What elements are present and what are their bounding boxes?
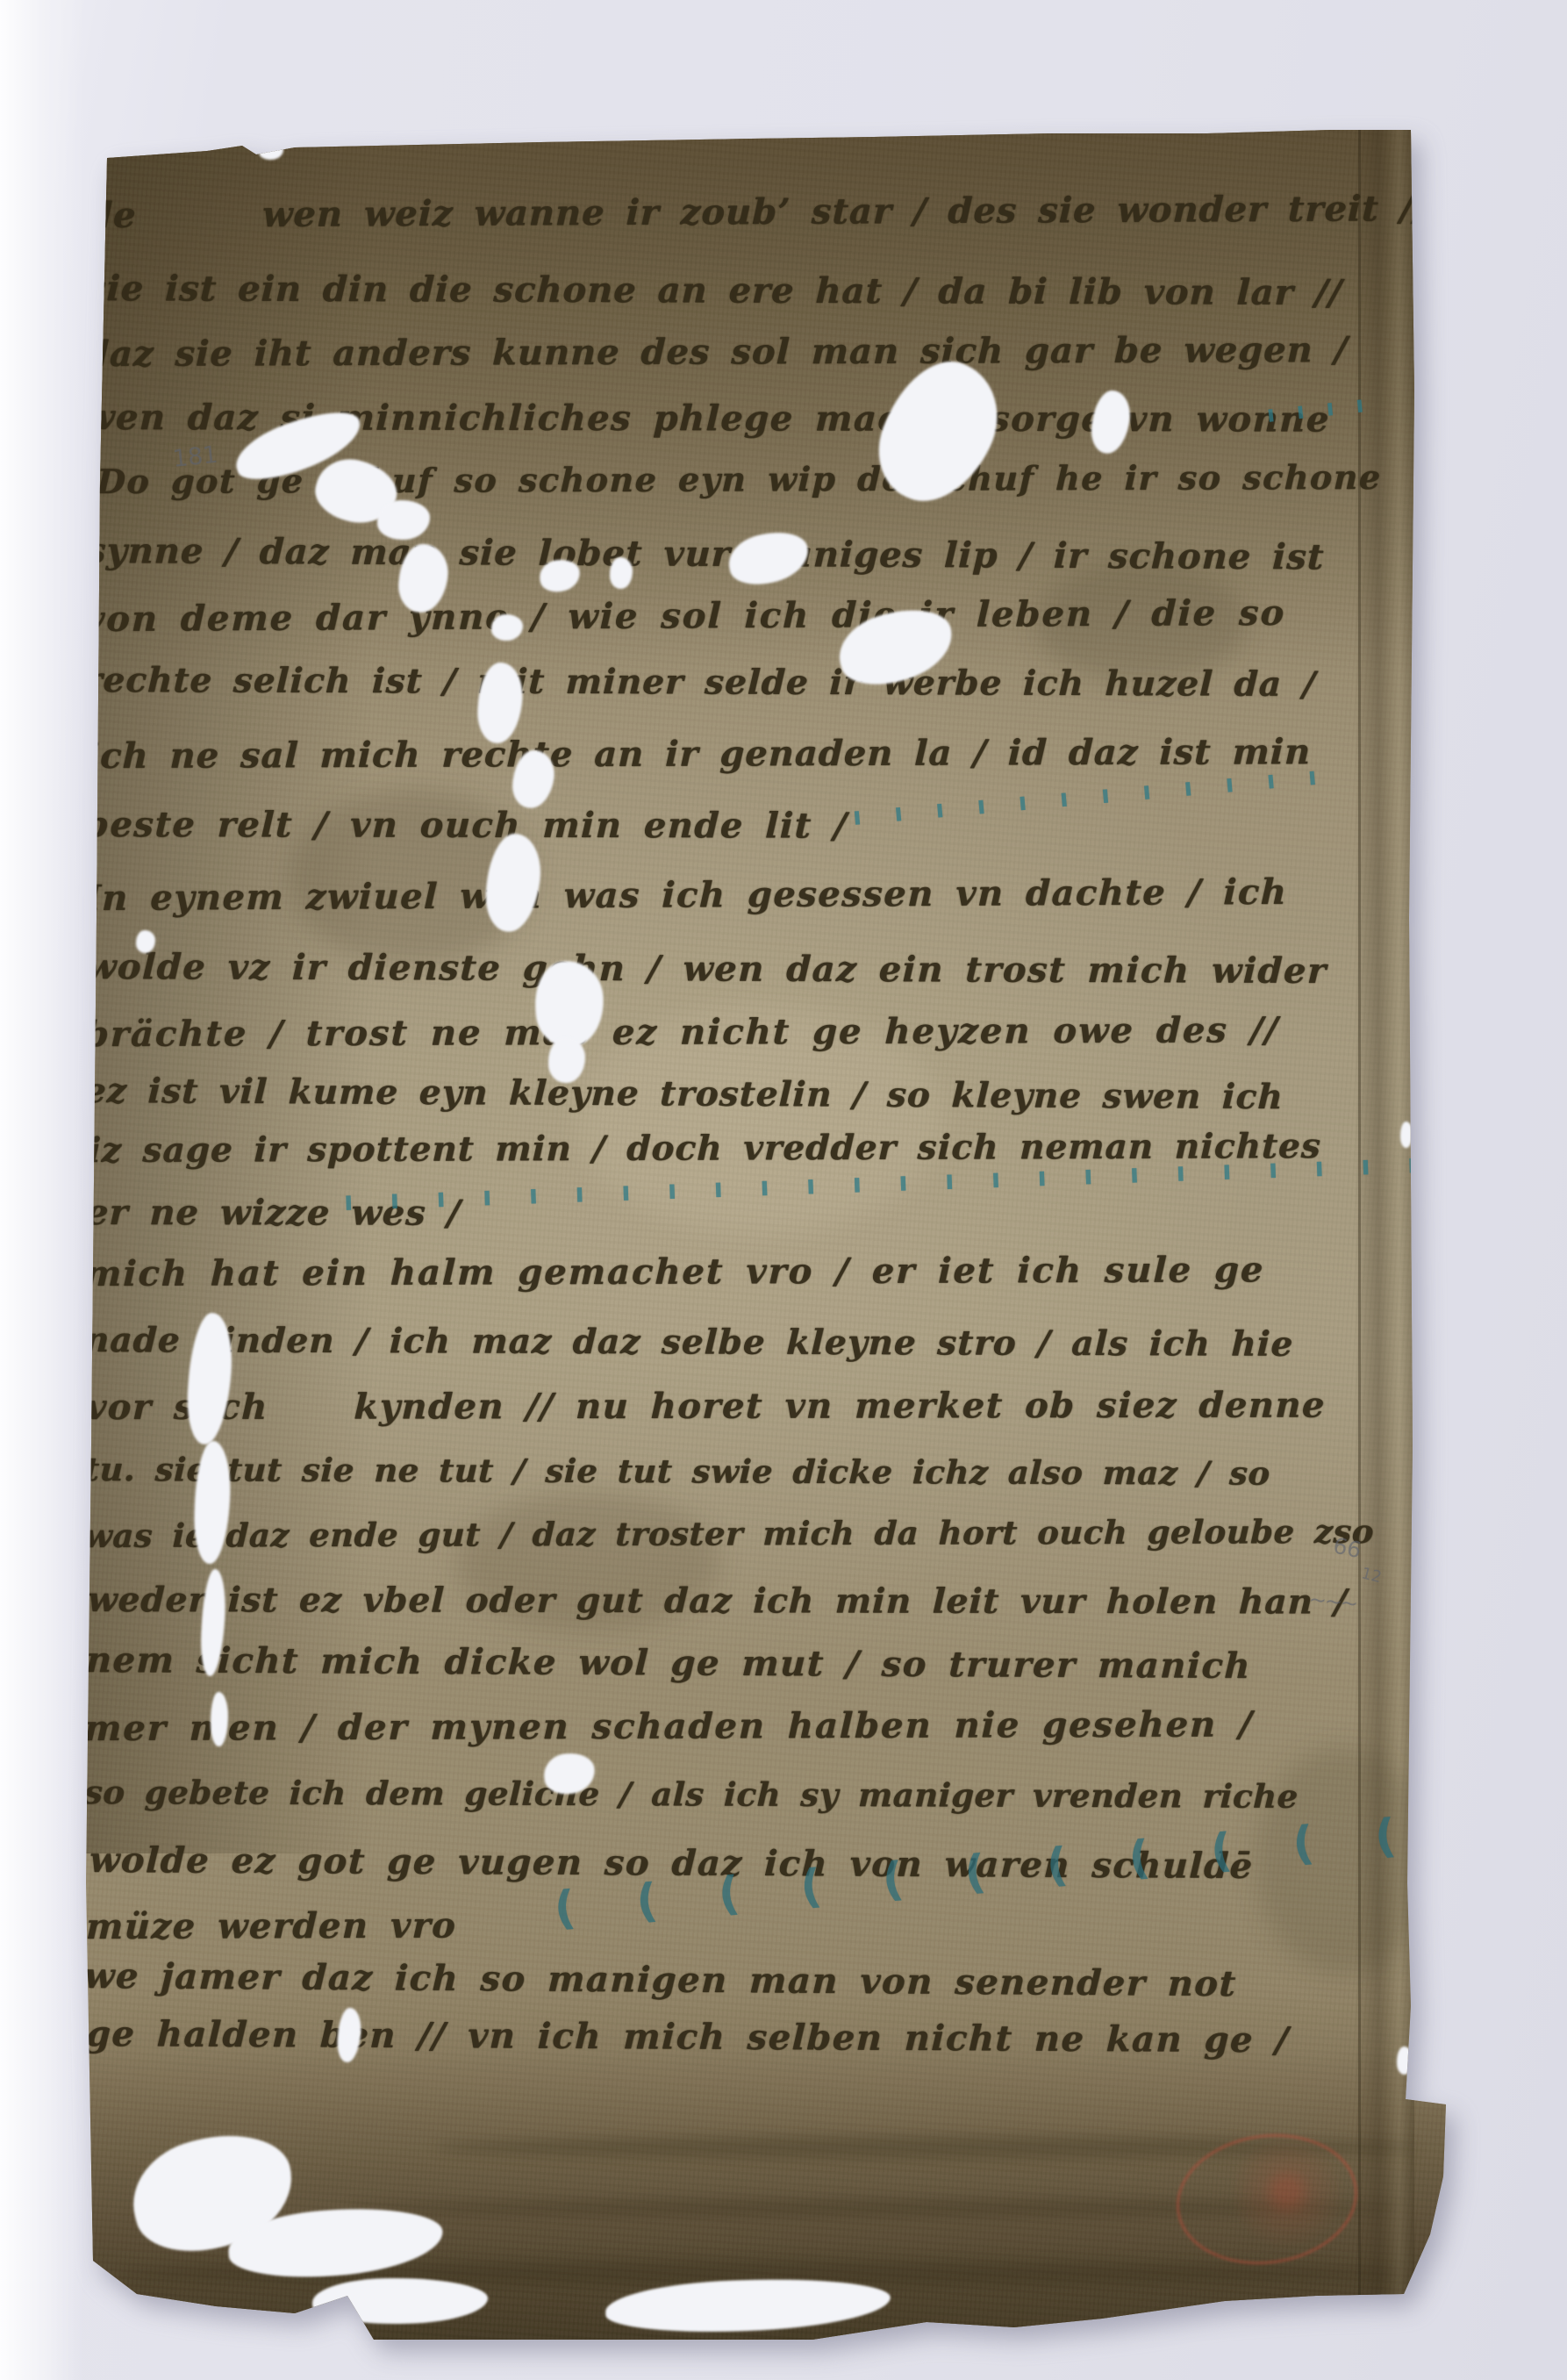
manuscript-text-line: de wen weiz wanne ir zoub’ star / des si… <box>87 188 1427 236</box>
manuscript-text-line: synne / daz man sie lobet vur maniges li… <box>85 530 1325 577</box>
manuscript-text-line: mer men / der mynen schaden halben nie g… <box>83 1703 1254 1749</box>
manuscript-text-line: mich hat ein halm gemachet vro / er iet … <box>83 1249 1265 1294</box>
manuscript-text-line: beste relt / vn ouch min ende lit / <box>83 804 848 847</box>
manuscript-text-line: von deme dar ynne / wie sol ich die ir l… <box>83 592 1286 640</box>
manuscript-text-line: rechte selich ist / mit miner selde ir w… <box>83 660 1317 705</box>
manuscript-text-line: wolde vz ir dienste gehn / wen daz ein t… <box>85 946 1327 992</box>
manuscript-text-line: In eynem zwiuel wan was ich gesessen vn … <box>83 871 1288 919</box>
manuscript-text-line: müze werden vro <box>85 1905 457 1947</box>
parchment-damage-hole <box>1397 2047 1413 2075</box>
manuscript-text-line: nem sicht mich dicke wol ge mut / so tru… <box>85 1639 1252 1687</box>
manuscript-text-line: vor sach kynden // nu horet vn merket ob… <box>85 1385 1327 1428</box>
manuscript-text-line: ge halden ben // vn ich mich selben nich… <box>85 2013 1290 2061</box>
manuscript-text-line: tu. sie tut sie ne tut / sie tut swie di… <box>83 1450 1270 1493</box>
left-margin-pencil-number: 181 <box>171 441 219 473</box>
manuscript-text-line: sie ist ein din die schone an ere hat / … <box>85 268 1343 313</box>
manuscript-text-line: ich ne sal mich rechte an ir genaden la … <box>85 731 1312 777</box>
manuscript-text-line: we jamer daz ich so manigen man von sene… <box>83 1955 1237 2004</box>
right-margin-pencil-number: 66 <box>1331 1532 1363 1563</box>
scan-background: de wen weiz wanne ir zoub’ star / des si… <box>0 0 1567 2380</box>
manuscript-text-line: daz sie iht anders kunne des sol man sic… <box>83 329 1349 375</box>
manuscript-text-line: weder ist ez vbel oder gut daz ich min l… <box>87 1580 1348 1623</box>
manuscript-text-line: nade vinden / ich maz daz selbe kleyne s… <box>83 1320 1294 1365</box>
manuscript-text-line: brächte / trost ne mac ez nicht ge heyze… <box>83 1009 1279 1055</box>
right-margin-pencil-squiggle: ~~~ <box>1308 1587 1358 1617</box>
manuscript-text-line: was ie daz ende gut / daz troster mich d… <box>83 1512 1374 1555</box>
manuscript-text-line: ez ist vil kume eyn kleyne trostelin / s… <box>83 1071 1284 1117</box>
manuscript-text-line: so gebete ich dem geliche / als ich sy m… <box>83 1773 1299 1816</box>
parchment-leaf: de wen weiz wanne ir zoub’ star / des si… <box>84 128 1453 2340</box>
manuscript-page: de wen weiz wanne ir zoub’ star / des si… <box>84 128 1453 2340</box>
parchment-damage-hole <box>1400 1122 1413 1148</box>
